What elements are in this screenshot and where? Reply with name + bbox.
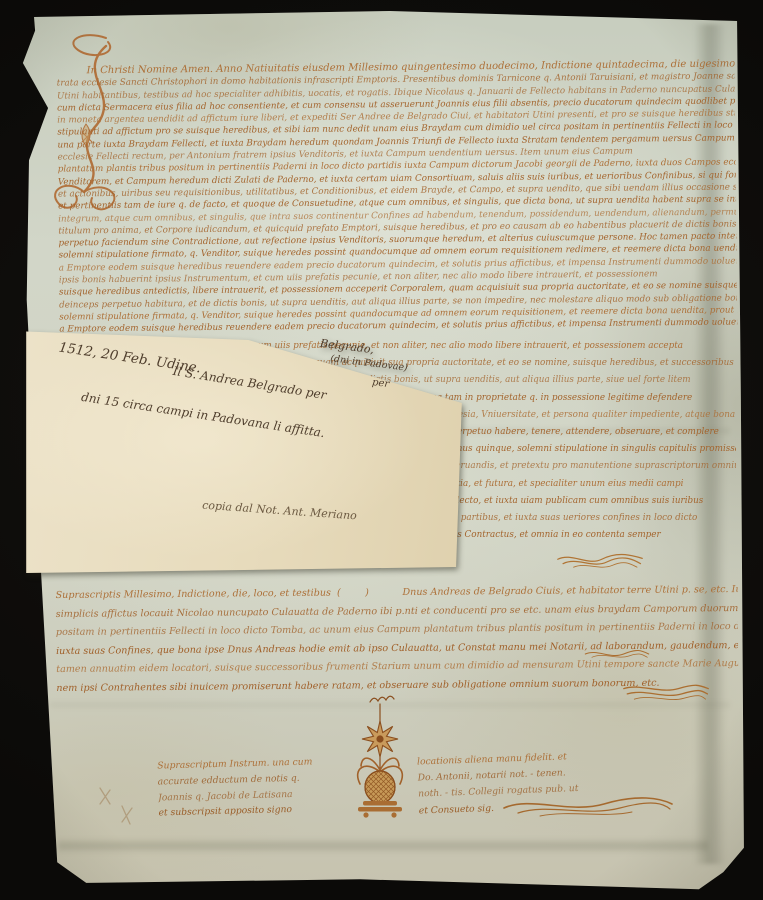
notary-subscription-right: locationis aliena manu fidelit. etDo. An… bbox=[417, 746, 677, 827]
notary-subscription-left: Suprascriptum Instrum. una cumaccurate e… bbox=[157, 754, 349, 829]
deed-main-text-block: In Christi Nomine Amen. Anno Natiuitatis… bbox=[57, 58, 738, 337]
note-name-cluster: Belgrado, bbox=[319, 337, 374, 357]
lease-act-text-block: Suprascriptis Millesimo, Indictione, die… bbox=[56, 581, 739, 703]
archival-note-overlay: 1512, 20 Feb. Udine. Belgrado, (dni in P… bbox=[24, 326, 464, 576]
photographed-manuscript: In Christi Nomine Amen. Anno Natiuitatis… bbox=[0, 0, 763, 900]
note-per-word: per bbox=[371, 377, 389, 390]
